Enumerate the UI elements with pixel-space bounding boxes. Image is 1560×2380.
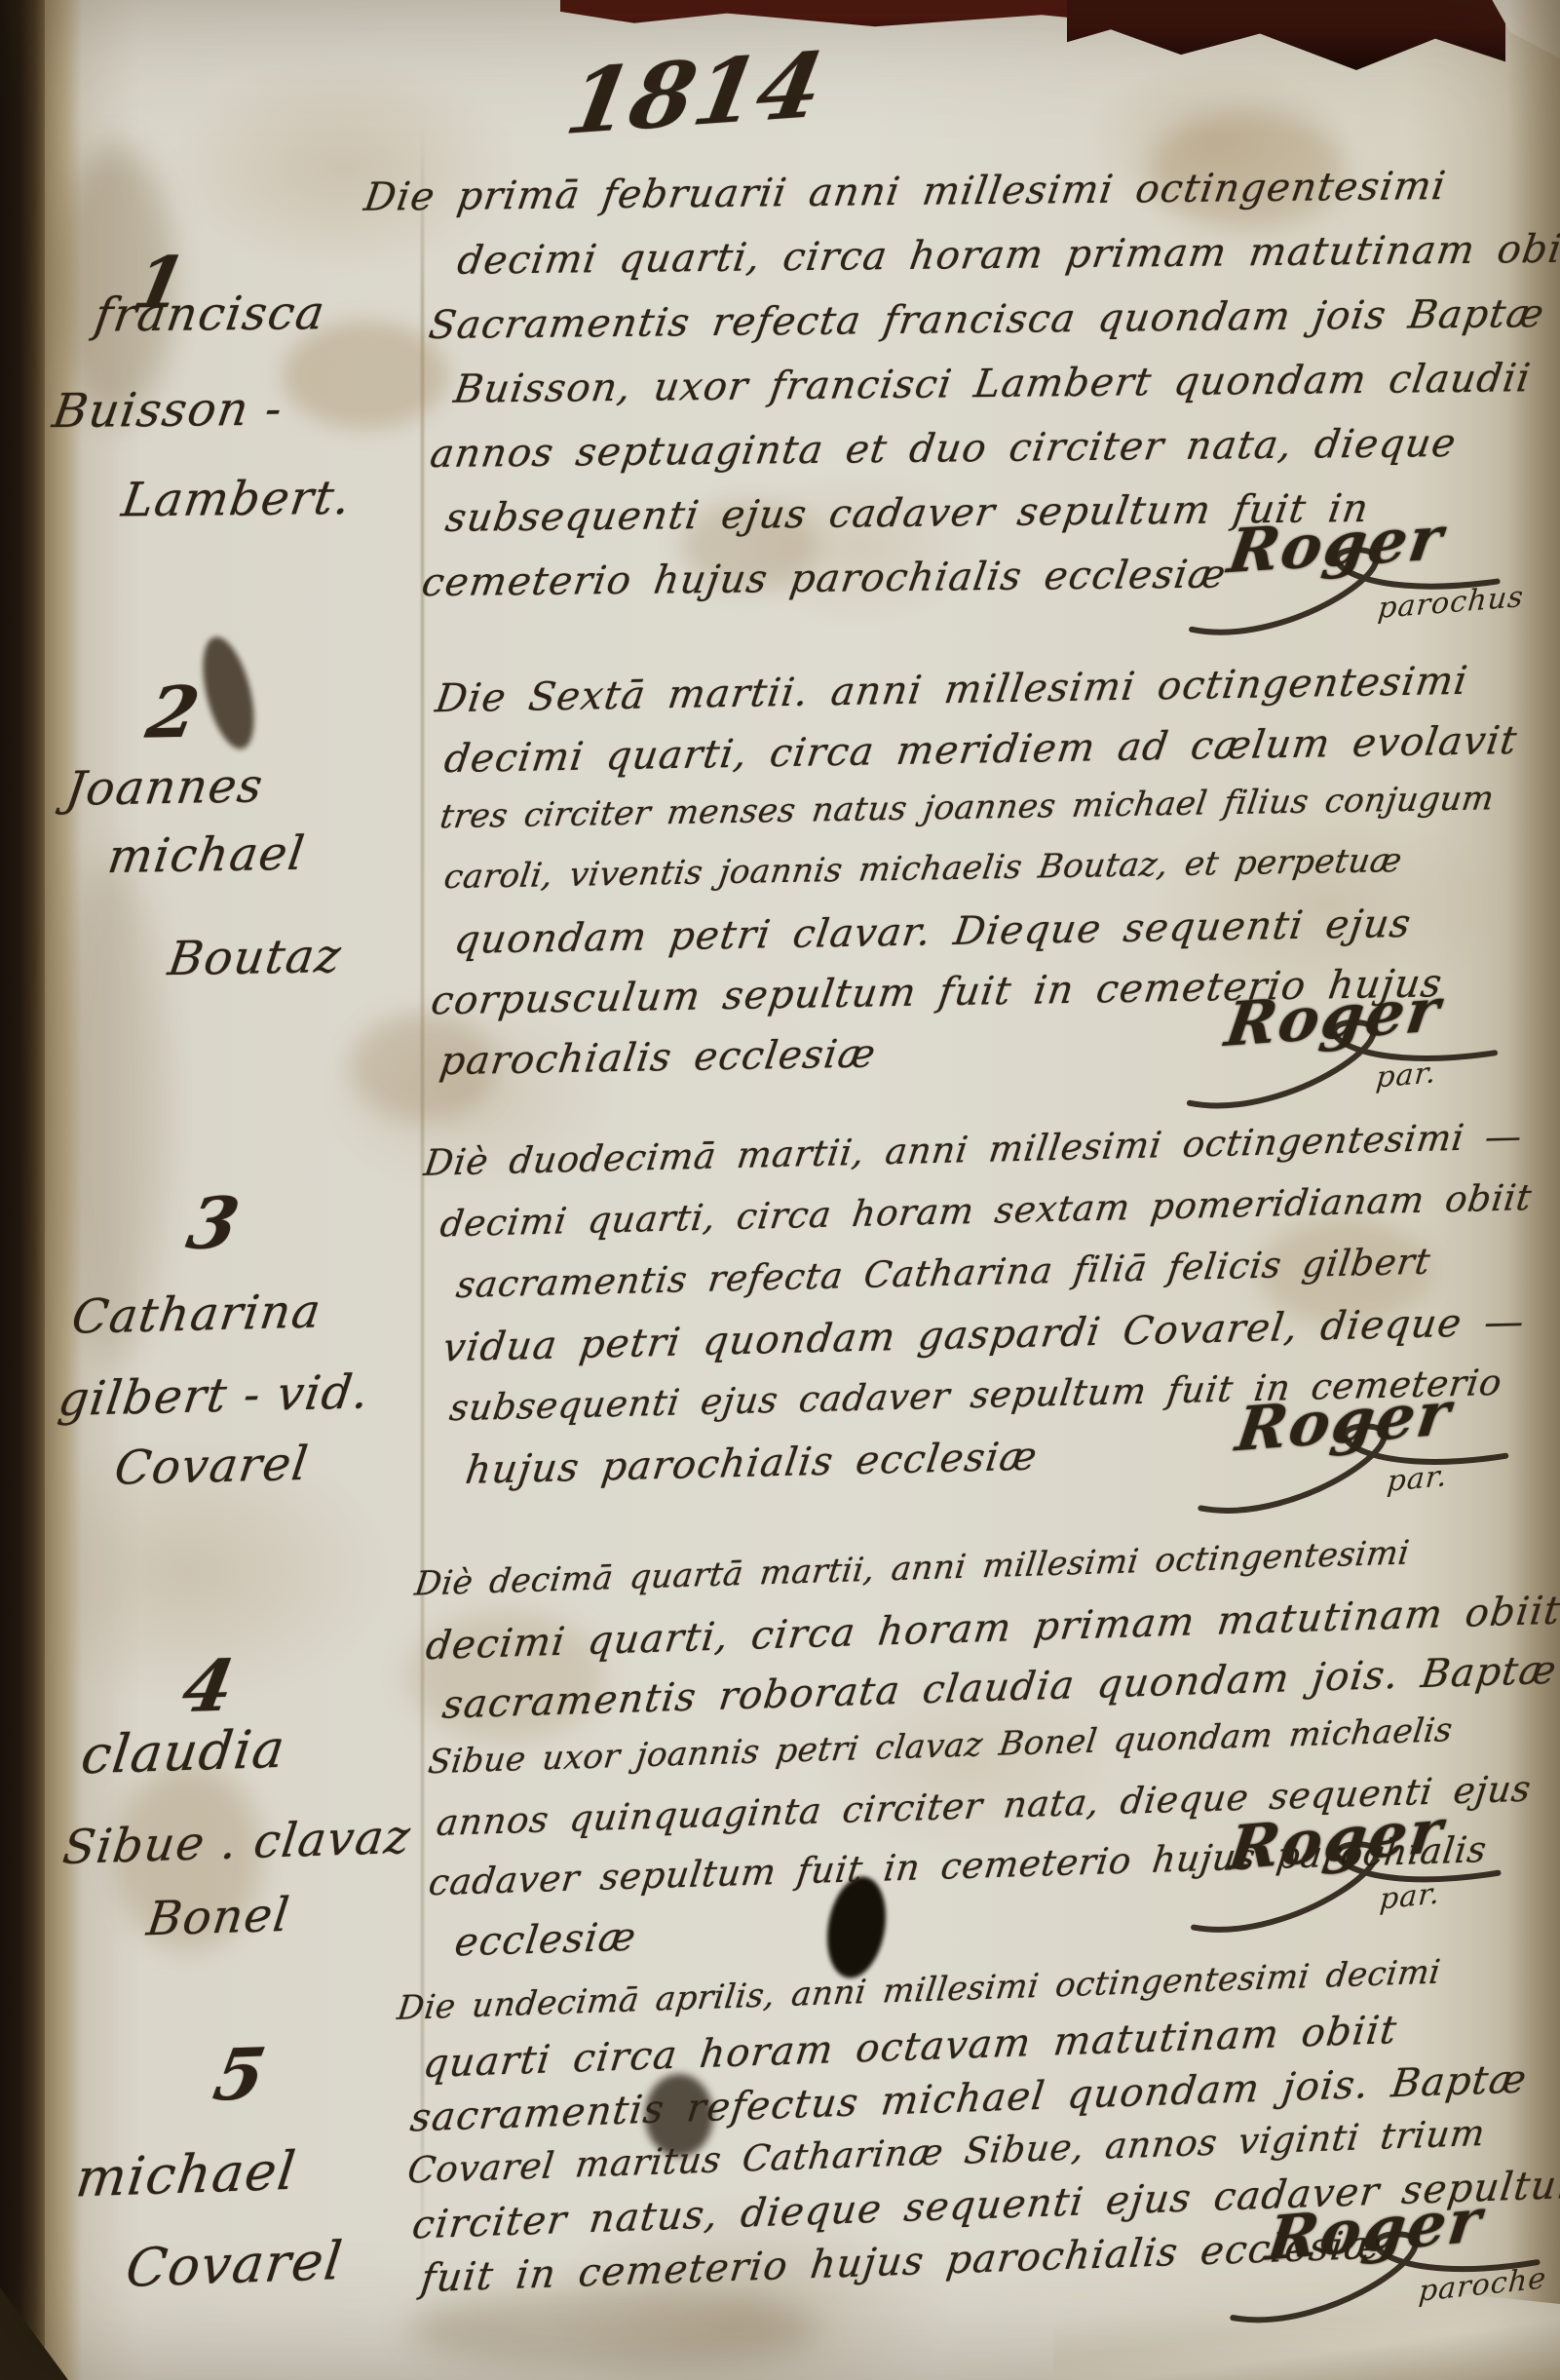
- manuscript-page: 1814 1 francisca Buisson - Lambert. Die …: [0, 0, 1560, 2380]
- page-vignette: [0, 0, 1560, 2380]
